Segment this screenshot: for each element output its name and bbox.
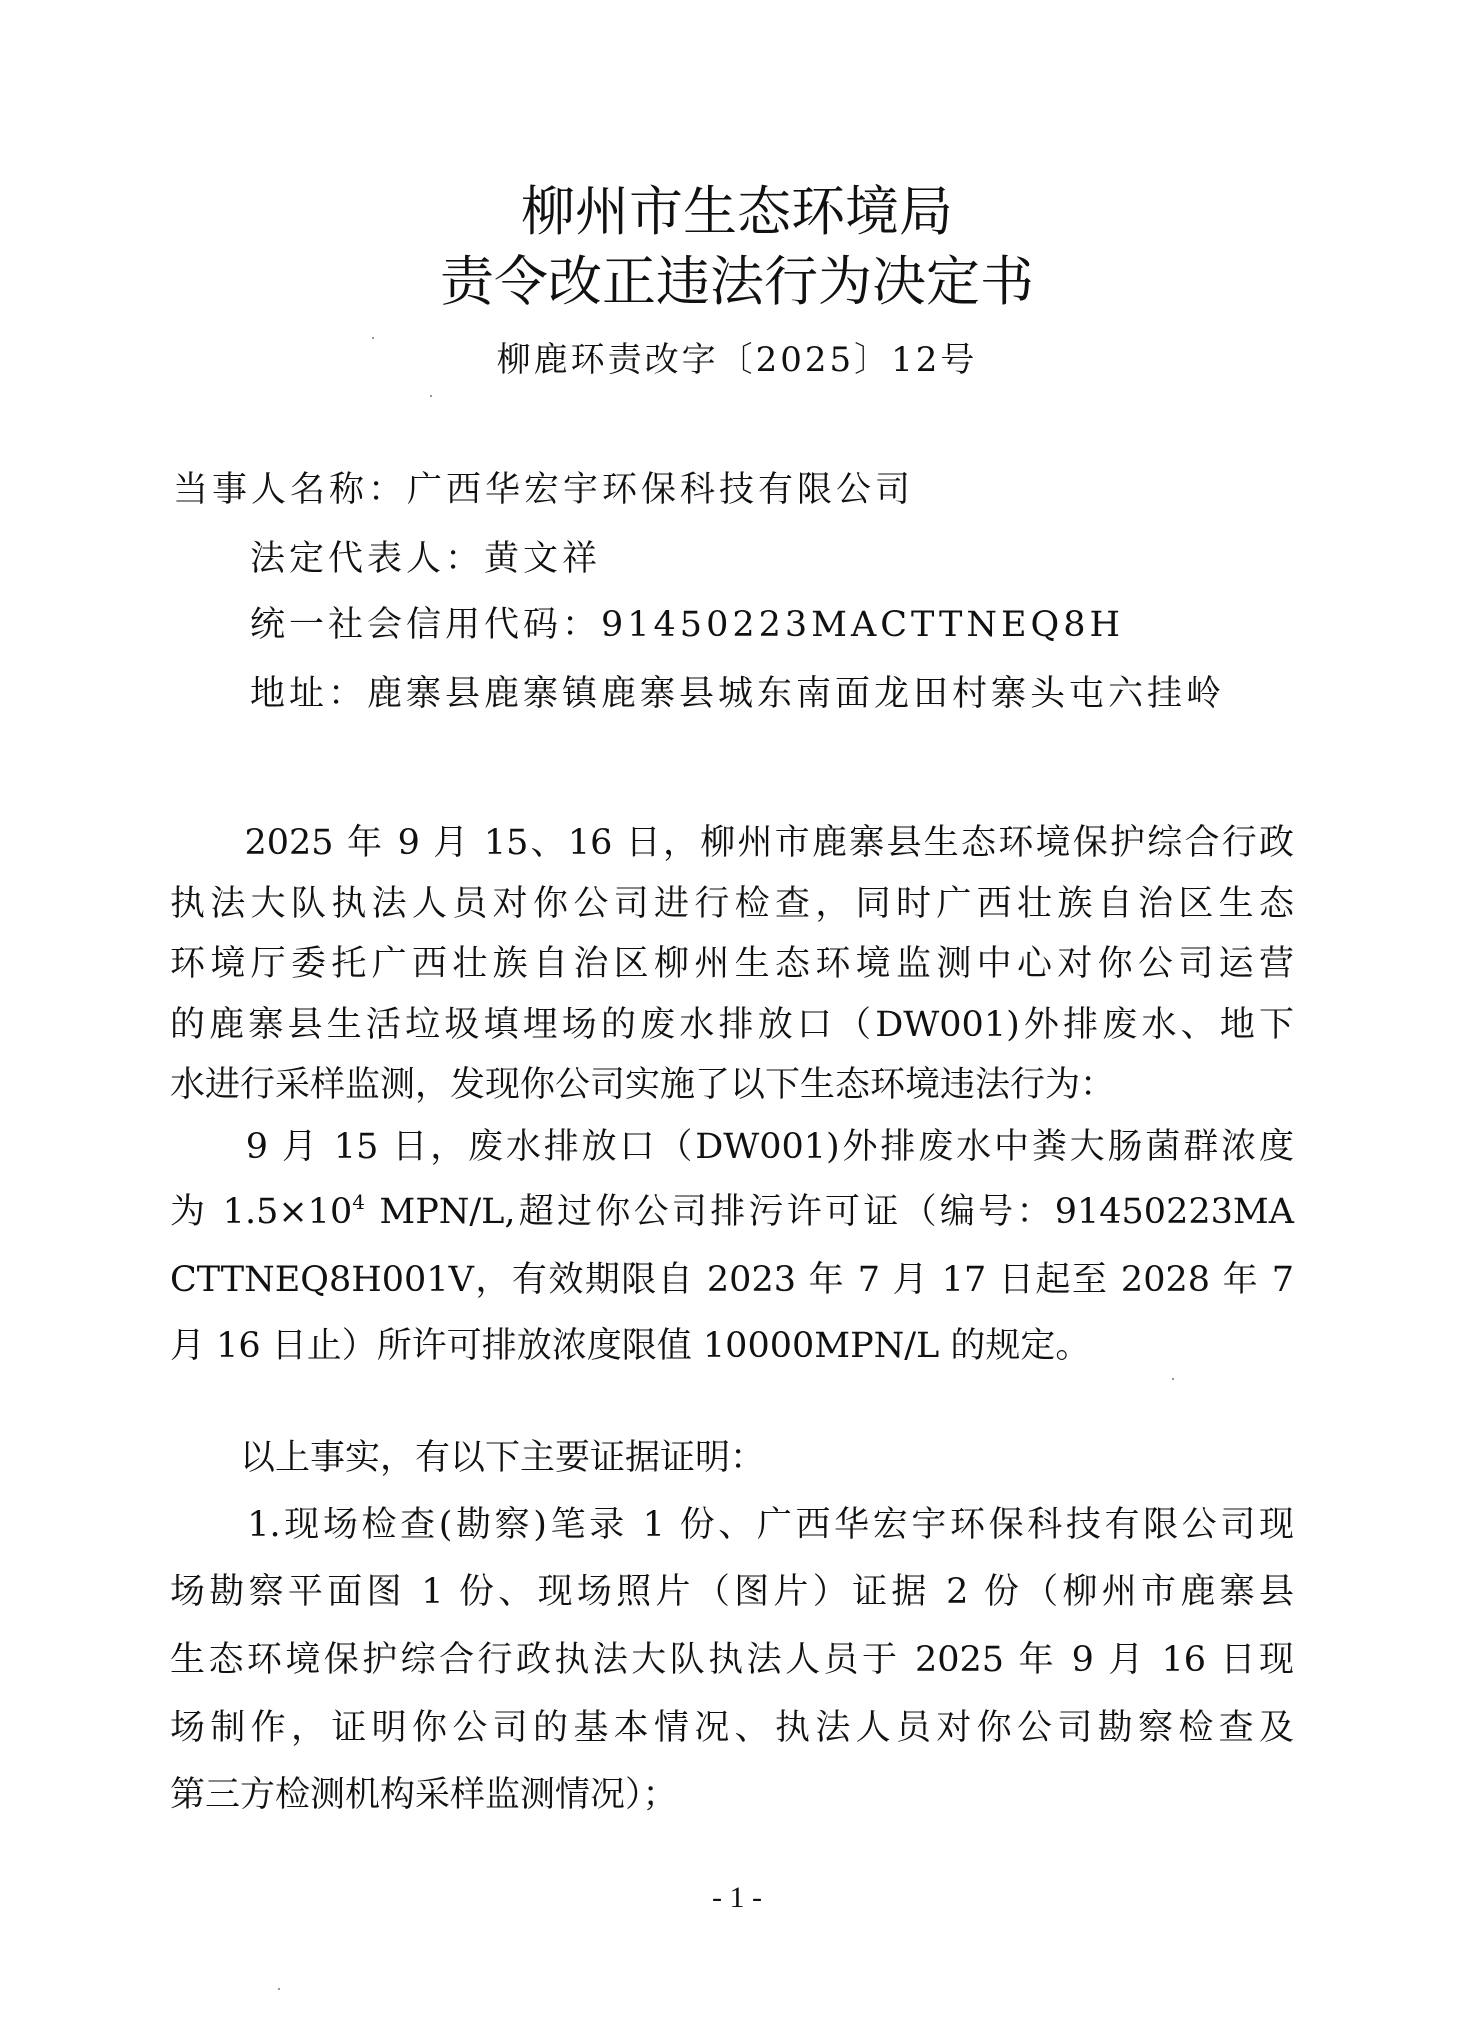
scan-speck bbox=[430, 395, 432, 397]
document-number: 柳鹿环责改字〔2025〕12号 bbox=[0, 340, 1474, 380]
concentration-suffix: MPN/L,超过你公司排污许可证（编号：91450223MA bbox=[365, 1192, 1294, 1232]
paragraph-line: 9 月 15 日，废水排放口（DW001)外排废水中粪大肠菌群浓度 bbox=[170, 1125, 1294, 1169]
paragraph-line: 场勘察平面图 1 份、现场照片（图片）证据 2 份（柳州市鹿寨县 bbox=[170, 1570, 1294, 1614]
credit-code: 统一社会信用代码：91450223MACTTNEQ8H bbox=[250, 603, 1124, 647]
concentration-prefix: 为 1.5×10 bbox=[170, 1192, 352, 1232]
paragraph-line: 执法大队执法人员对你公司进行检查，同时广西壮族自治区生态 bbox=[170, 882, 1294, 926]
scan-speck bbox=[372, 337, 374, 339]
paragraph-line: 月 16 日止）所许可排放浓度限值 10000MPN/L 的规定。 bbox=[170, 1324, 1294, 1368]
paragraph-line: 场制作，证明你公司的基本情况、执法人员对你公司勘察检查及 bbox=[170, 1706, 1294, 1750]
issuer-title: 柳州市生态环境局 bbox=[0, 182, 1474, 242]
paragraph-line: 环境厅委托广西壮族自治区柳州生态环境监测中心对你公司运营 bbox=[170, 942, 1294, 986]
legal-representative: 法定代表人：黄文祥 bbox=[250, 537, 601, 581]
exponent: 4 bbox=[352, 1190, 365, 1214]
document-page: 柳州市生态环境局 责令改正违法行为决定书 柳鹿环责改字〔2025〕12号 当事人… bbox=[0, 0, 1474, 2037]
scan-speck bbox=[1172, 1378, 1174, 1380]
scan-speck bbox=[278, 1988, 280, 1990]
paragraph-line: 第三方检测机构采样监测情况）； bbox=[170, 1773, 1294, 1817]
paragraph-line: 水进行采样监测，发现你公司实施了以下生态环境违法行为： bbox=[170, 1063, 1294, 1107]
paragraph-line: 1.现场检查(勘察)笔录 1 份、广西华宏宇环保科技有限公司现 bbox=[170, 1503, 1294, 1547]
paragraph-line: 生态环境保护综合行政执法大队执法人员于 2025 年 9 月 16 日现 bbox=[170, 1638, 1294, 1682]
document-title: 责令改正违法行为决定书 bbox=[0, 252, 1474, 312]
paragraph-line: 2025 年 9 月 15、16 日，柳州市鹿寨县生态环境保护综合行政 bbox=[170, 821, 1294, 865]
party-address: 地址：鹿寨县鹿寨镇鹿寨县城东南面龙田村寨头屯六挂岭 bbox=[250, 672, 1225, 716]
page-number: - 1 - bbox=[0, 1880, 1474, 1916]
paragraph-line-concentration: 为 1.5×104 MPN/L,超过你公司排污许可证（编号：91450223MA bbox=[170, 1190, 1294, 1234]
party-name: 当事人名称：广西华宏宇环保科技有限公司 bbox=[173, 468, 914, 512]
paragraph-line: CTTNEQ8H001V，有效期限自 2023 年 7 月 17 日起至 202… bbox=[170, 1258, 1294, 1302]
evidence-intro: 以上事实，有以下主要证据证明： bbox=[170, 1436, 1294, 1480]
paragraph-line: 的鹿寨县生活垃圾填埋场的废水排放口（DW001)外排废水、地下 bbox=[170, 1003, 1294, 1047]
